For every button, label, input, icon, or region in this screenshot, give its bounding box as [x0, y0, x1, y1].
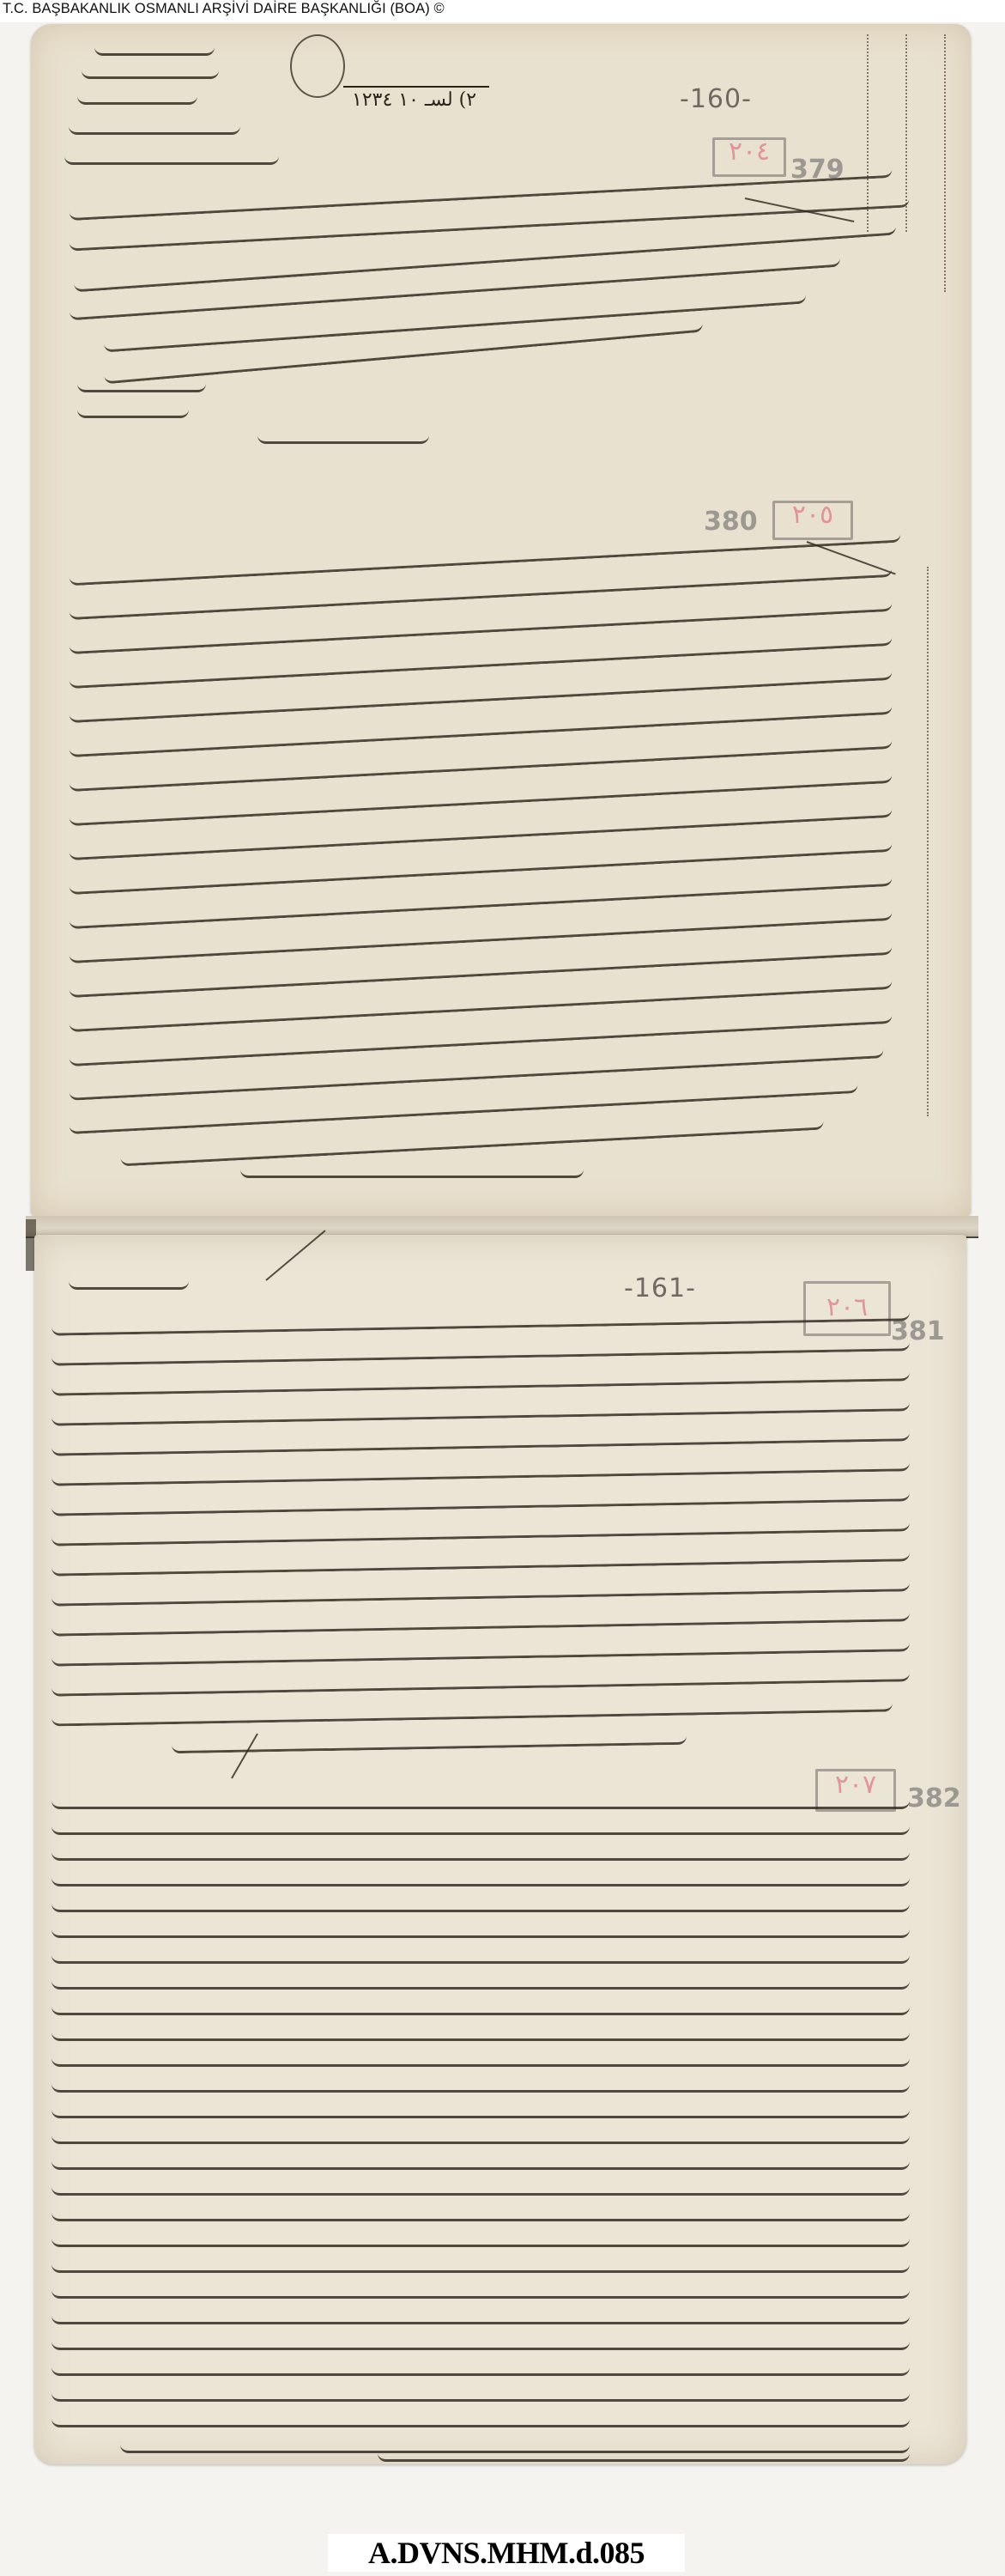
- copyright-notice: T.C. BAŞBAKANLIK OSMANLI ARŞİVİ DAİRE BA…: [3, 1, 445, 17]
- margin-annotation: [69, 120, 240, 135]
- signature-flourish: [290, 34, 345, 98]
- margin-annotation: [82, 64, 219, 79]
- date-note: ٢) لسـ ١٠ ١٢٣٤: [352, 89, 476, 111]
- right-margin-note: [927, 567, 953, 1116]
- text-line: [51, 1975, 910, 1990]
- right-margin-note: [944, 34, 970, 292]
- text-line: [51, 2078, 910, 2093]
- text-line: [51, 2129, 910, 2144]
- text-line: [51, 1872, 910, 1886]
- text-line: [51, 2387, 910, 2402]
- text-line: [51, 1820, 910, 1835]
- text-line: [51, 2361, 910, 2376]
- text-line: [51, 2336, 910, 2350]
- folio-number-160: -160-: [680, 84, 752, 114]
- text-line: [51, 1923, 910, 1938]
- right-margin-note: [867, 34, 893, 232]
- stamp-numeral: ٢٠٥: [784, 496, 842, 532]
- text-line: [378, 2447, 910, 2462]
- text-line: [51, 2001, 910, 2015]
- date-underline: [343, 86, 489, 88]
- text-line: [240, 1163, 584, 1178]
- text-line: [51, 1846, 910, 1861]
- margin-annotation: [77, 404, 189, 418]
- text-line: [51, 2155, 910, 2170]
- text-line: [51, 2258, 910, 2273]
- text-line: [51, 2052, 910, 2067]
- text-line: [51, 1898, 910, 1912]
- stamp-numeral: ٢٠٤: [723, 133, 775, 169]
- margin-annotation: [69, 1275, 189, 1290]
- margin-annotation: [94, 41, 215, 56]
- text-line: [51, 1795, 910, 1809]
- text-line: [51, 2026, 910, 2041]
- entry-number-382: 382: [907, 1783, 961, 1814]
- text-line: [51, 2284, 910, 2299]
- text-line: [51, 1949, 910, 1964]
- margin-annotation: [77, 378, 206, 392]
- archive-header: T.C. BAŞBAKANLIK OSMANLI ARŞİVİ DAİRE BA…: [0, 0, 1005, 22]
- margin-annotation: [77, 90, 197, 105]
- right-margin-note: [905, 34, 931, 232]
- text-line: [51, 2181, 910, 2196]
- text-line: [51, 2207, 910, 2221]
- text-line: [257, 429, 429, 444]
- archive-call-number: A.DVNS.MHM.d.085: [328, 2534, 685, 2572]
- margin-annotation: [64, 150, 279, 165]
- entry-number-380: 380: [704, 507, 758, 537]
- folio-number-161: -161-: [624, 1273, 696, 1303]
- text-line: [51, 2413, 910, 2427]
- text-line: [51, 2310, 910, 2324]
- text-line: [51, 2104, 910, 2118]
- text-line: [51, 2233, 910, 2247]
